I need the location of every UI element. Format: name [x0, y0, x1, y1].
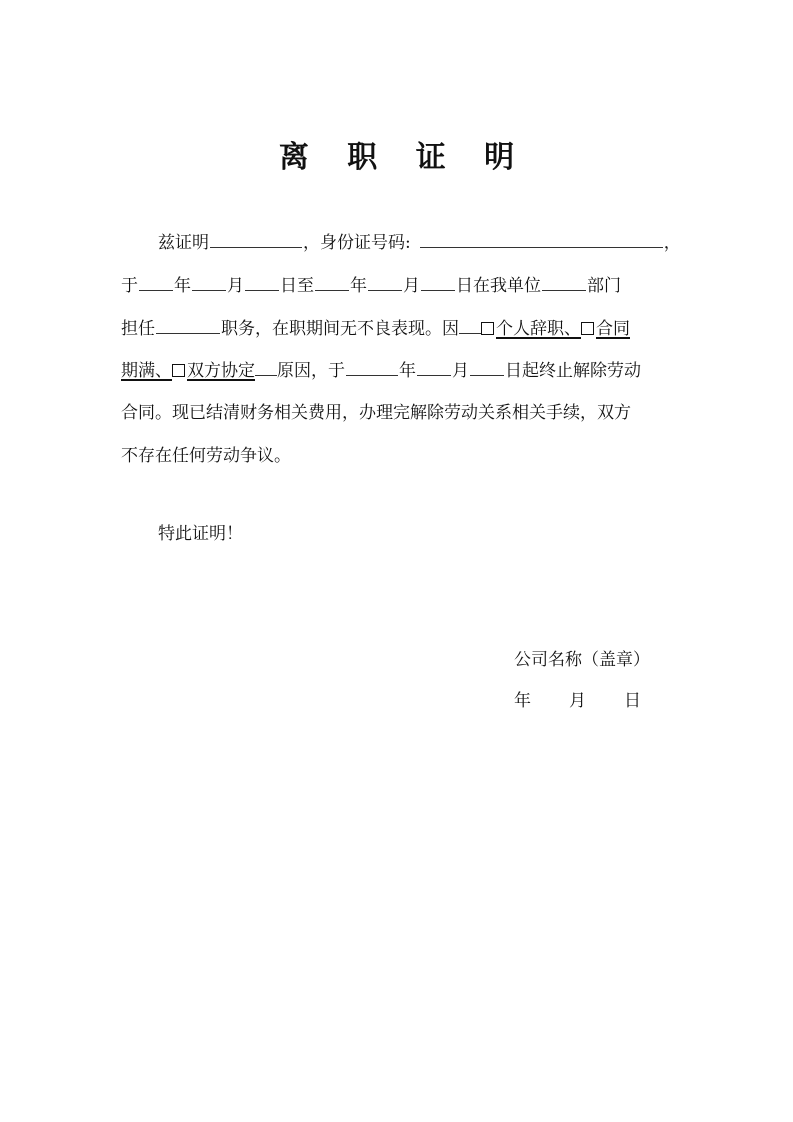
name-blank[interactable] [210, 230, 302, 248]
option-label-personal-resignation: 个人辞职、 [496, 319, 581, 339]
paragraph-line-1: 兹证明，身份证号码:， [158, 230, 681, 254]
paragraph-line-3: 担任职务，在职期间无不良表现。因个人辞职、合同 [121, 316, 630, 340]
paragraph-line-2: 于年月日至年月日在我单位部门 [121, 273, 621, 297]
checkbox-mutual-agreement[interactable] [172, 364, 185, 377]
end-month-blank[interactable] [368, 273, 402, 291]
text-serve-as: 担任 [121, 319, 155, 339]
text-day-unit: 日在我单位 [456, 276, 541, 296]
text-department: 部门 [587, 276, 621, 296]
start-day-blank[interactable] [245, 273, 279, 291]
closing-text: 特此证明！ [158, 522, 243, 546]
start-month-blank[interactable] [192, 273, 226, 291]
text-reason: 原因，于 [277, 361, 345, 381]
date-month-label: 月 [569, 691, 586, 711]
start-year-blank[interactable] [139, 273, 173, 291]
end-day-blank[interactable] [421, 273, 455, 291]
text-year: 年 [399, 361, 416, 381]
option-label-mutual-agreement: 双方协定 [187, 361, 255, 381]
page-title: 离 职 证 明 [0, 138, 793, 178]
paragraph-line-5: 合同。现已结清财务相关费用，办理完解除劳动关系相关手续，双方 [121, 401, 631, 425]
signature-date: 年月日 [514, 689, 641, 713]
text-month: 月 [403, 276, 420, 296]
underline-pad [255, 358, 277, 376]
option-label-contract-b: 期满、 [121, 361, 172, 381]
text-month: 月 [452, 361, 469, 381]
document-page: 离 职 证 明 兹证明，身份证号码:， 于年月日至年月日在我单位部门 担任职务，… [0, 0, 793, 1122]
underline-pad [459, 316, 481, 334]
date-day-label: 日 [624, 691, 641, 711]
company-seal-label: 公司名称（盖章） [514, 648, 650, 672]
checkbox-personal-resignation[interactable] [481, 322, 494, 335]
paragraph-line-4: 期满、双方协定原因，于年月日起终止解除劳动 [121, 358, 641, 382]
option-label-contract-a: 合同 [596, 319, 630, 339]
date-year-label: 年 [514, 691, 531, 711]
id-number-blank[interactable] [420, 230, 663, 248]
text-id-label: ，身份证号码 [303, 233, 405, 253]
text-month: 月 [227, 276, 244, 296]
termination-day-blank[interactable] [470, 358, 504, 376]
termination-month-blank[interactable] [417, 358, 451, 376]
text-year: 年 [350, 276, 367, 296]
text-colon: : [405, 233, 411, 253]
paragraph-line-6: 不存在任何劳动争议。 [121, 444, 291, 468]
end-year-blank[interactable] [315, 273, 349, 291]
text-day-to: 日至 [280, 276, 314, 296]
option-resign[interactable]: 个人辞职、合同 [481, 319, 630, 339]
text-position-desc: 职务，在职期间无不良表现。因 [221, 319, 459, 339]
checkbox-contract-expiry[interactable] [581, 322, 594, 335]
position-blank[interactable] [156, 316, 220, 334]
text-yu: 于 [121, 276, 138, 296]
text-prefix: 兹证明 [158, 233, 209, 253]
termination-year-blank[interactable] [346, 358, 398, 376]
option-contract-expiry-cont: 期满、双方协定 [121, 361, 255, 381]
text-termination: 日起终止解除劳动 [505, 361, 641, 381]
department-blank[interactable] [542, 273, 586, 291]
text-comma: ， [664, 233, 681, 253]
text-year: 年 [174, 276, 191, 296]
